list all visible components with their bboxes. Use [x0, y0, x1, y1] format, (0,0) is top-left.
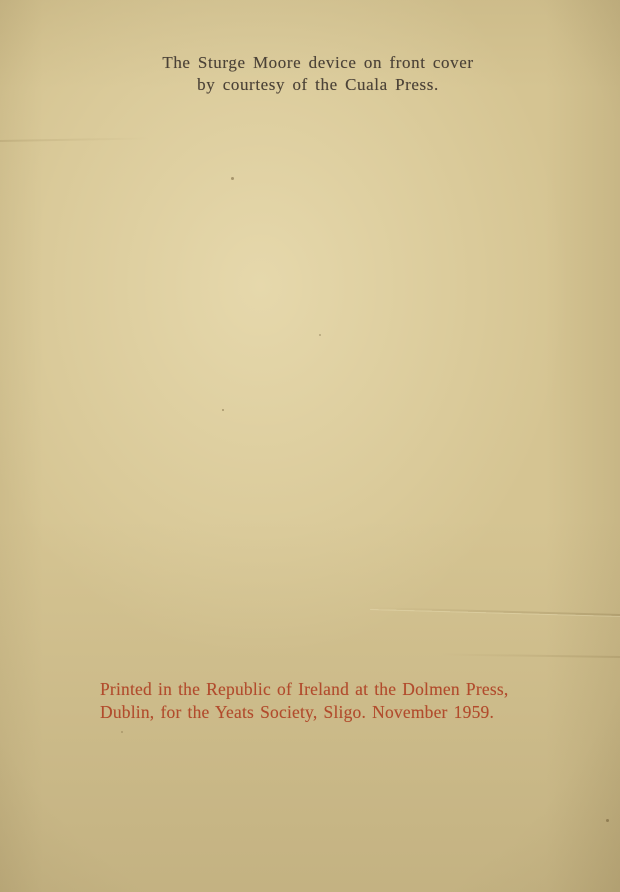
paper-crease — [370, 607, 620, 616]
paper-crease — [440, 653, 620, 658]
paper-speck — [606, 819, 609, 822]
colophon-block: Printed in the Republic of Ireland at th… — [100, 678, 508, 724]
paper-speck — [121, 731, 123, 733]
caption-line-2: by courtesy of the Cuala Press. — [16, 74, 620, 96]
colophon-line-2: Dublin, for the Yeats Society, Sligo. No… — [100, 701, 508, 724]
caption-block: The Sturge Moore device on front cover b… — [0, 52, 620, 96]
paper-speck — [319, 334, 321, 336]
caption-line-1: The Sturge Moore device on front cover — [16, 52, 620, 74]
paper-crease — [0, 137, 150, 142]
book-page: The Sturge Moore device on front cover b… — [0, 0, 620, 892]
colophon-line-1: Printed in the Republic of Ireland at th… — [100, 678, 508, 701]
paper-speck — [231, 177, 234, 180]
paper-speck — [222, 409, 224, 411]
